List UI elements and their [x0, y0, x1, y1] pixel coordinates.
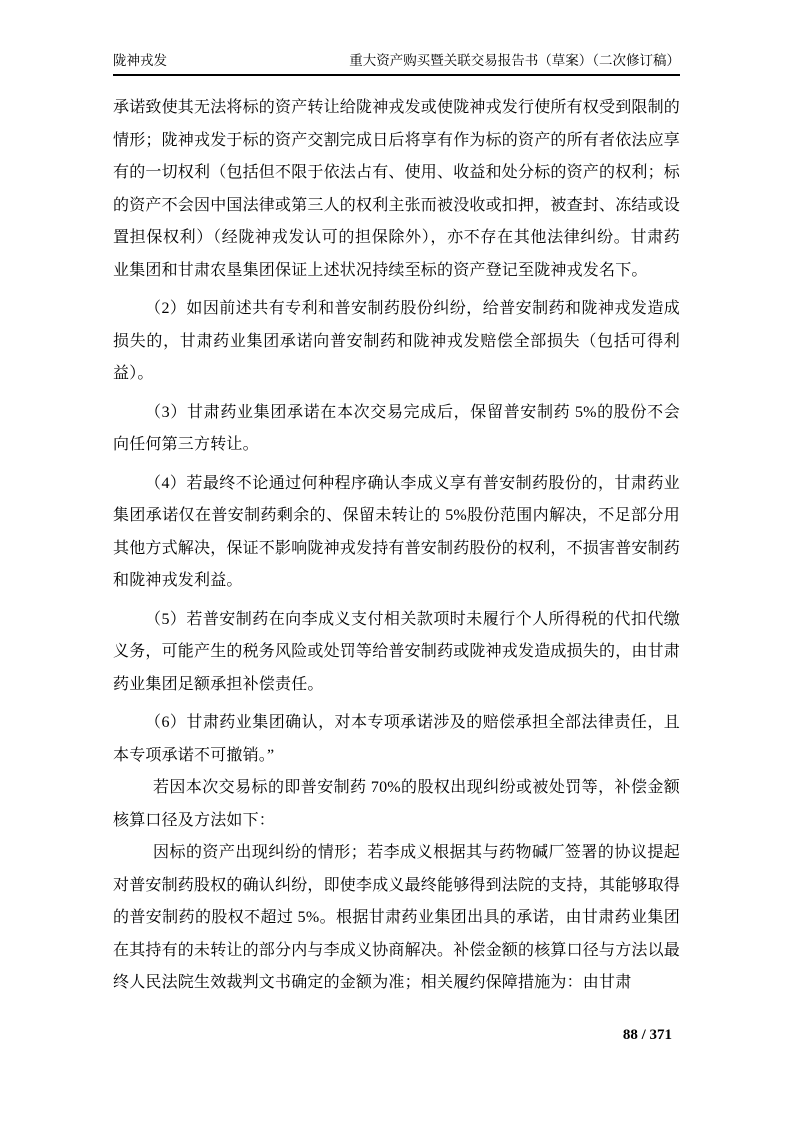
- page-number: 88 / 371: [623, 1027, 672, 1044]
- paragraph-6: （6）甘肃药业集团确认，对本专项承诺涉及的赔偿承担全部法律责任，且本专项承诺不可…: [113, 707, 680, 772]
- header-left-title: 陇神戎发: [113, 52, 167, 70]
- page-header: 陇神戎发 重大资产购买暨关联交易报告书（草案）（二次修订稿）: [113, 52, 680, 76]
- paragraph-8: 因标的资产出现纠纷的情形；若李成义根据其与药物碱厂签署的协议提起对普安制药股权的…: [113, 837, 680, 1000]
- header-right-title: 重大资产购买暨关联交易报告书（草案）（二次修订稿）: [349, 52, 680, 70]
- paragraph-4: （4）若最终不论通过何种程序确认李成义享有普安制药股份的，甘肃药业集团承诺仅在普…: [113, 468, 680, 598]
- paragraph-2: （2）如因前述共有专利和普安制药股份纠纷，给普安制药和陇神戎发造成损失的，甘肃药…: [113, 293, 680, 391]
- paragraph-1: 承诺致使其无法将标的资产转让给陇神戎发或使陇神戎发行使所有权受到限制的情形；陇神…: [113, 92, 680, 287]
- paragraph-7: 若因本次交易标的即普安制药 70%的股权出现纠纷或被处罚等，补偿金额核算口径及方…: [113, 772, 680, 837]
- document-body: 承诺致使其无法将标的资产转让给陇神戎发或使陇神戎发行使所有权受到限制的情形；陇神…: [113, 92, 680, 1000]
- pdf-page: 陇神戎发 重大资产购买暨关联交易报告书（草案）（二次修订稿） 承诺致使其无法将标…: [0, 0, 793, 1122]
- paragraph-3: （3）甘肃药业集团承诺在本次交易完成后，保留普安制药 5%的股份不会向任何第三方…: [113, 397, 680, 462]
- paragraph-5: （5）若普安制药在向李成义支付相关款项时未履行个人所得税的代扣代缴义务，可能产生…: [113, 604, 680, 702]
